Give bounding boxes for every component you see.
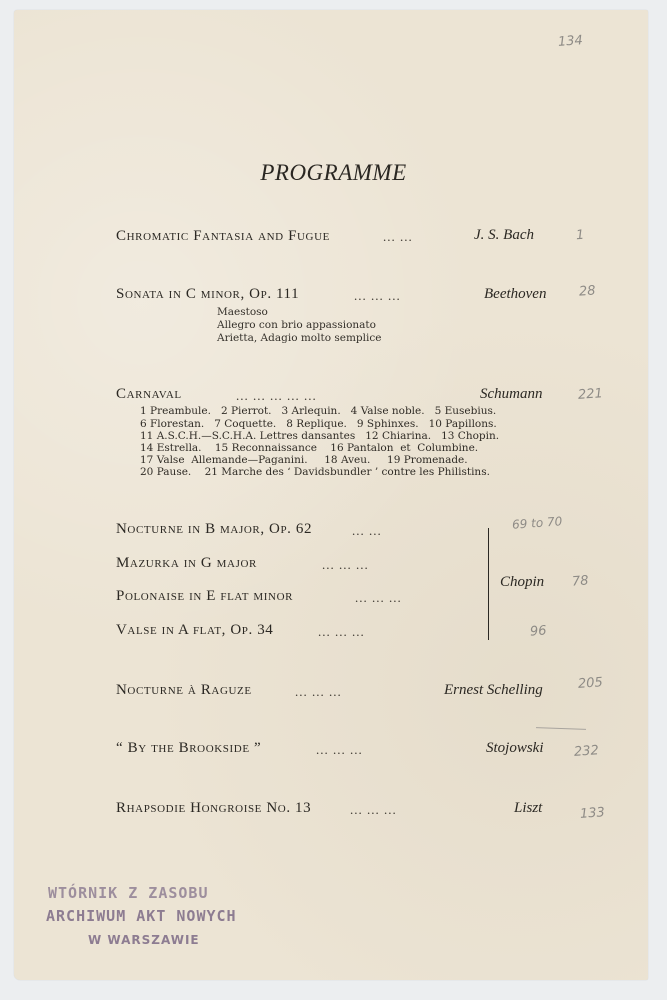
- handwritten-note: 28: [578, 283, 596, 299]
- leader-dots: ... ... ...: [354, 288, 401, 304]
- composer-name: Beethoven: [484, 286, 546, 303]
- composer-name: Schumann: [480, 386, 543, 403]
- carnaval-section-line: 11 A.S.C.H.—S.C.H.A. Lettres dansantes 1…: [140, 430, 499, 442]
- handwritten-note: 221: [578, 386, 604, 403]
- handwritten-note: 133: [580, 805, 606, 822]
- composer-name: Stojowski: [486, 740, 544, 757]
- carnaval-section-line: 1 Preambule. 2 Pierrot. 3 Arlequin. 4 Va…: [140, 405, 496, 417]
- piece-title: Nocturne à Raguze: [116, 682, 252, 699]
- archive-stamp-line: W WARSZAWIE: [88, 933, 200, 947]
- handwritten-note: 1: [575, 228, 584, 244]
- movement: Arietta, Adagio molto semplice: [217, 332, 381, 345]
- leader-dots: ... ... ...: [322, 557, 369, 573]
- piece-title: Nocturne in B major, Op. 62: [116, 521, 312, 538]
- composer-name: Liszt: [514, 800, 542, 817]
- piece-title: Mazurka in G major: [116, 555, 257, 572]
- handwritten-note: 78: [571, 573, 589, 589]
- handwritten-note: 96: [529, 623, 547, 639]
- archive-stamp-line: WTÓRNIK Z ZASOBU: [48, 884, 209, 902]
- handwritten-note: 232: [574, 743, 600, 760]
- movement: Maestoso: [217, 306, 268, 319]
- handwritten-note: 205: [578, 675, 604, 692]
- piece-title: “ By the Brookside ”: [116, 740, 261, 757]
- piece-title: Carnaval: [116, 386, 182, 403]
- leader-dots: ... ... ...: [318, 624, 365, 640]
- leader-dots: ... ...: [383, 229, 413, 245]
- leader-dots: ... ... ...: [355, 590, 402, 606]
- leader-dots: ... ...: [352, 523, 382, 539]
- carnaval-section-line: 6 Florestan. 7 Coquette. 8 Replique. 9 S…: [140, 418, 497, 430]
- piece-title: Polonaise in E flat minor: [116, 588, 293, 605]
- archive-stamp-line: ARCHIWUM AKT NOWYCH: [46, 907, 237, 925]
- handwritten-page-number: 134: [558, 33, 584, 50]
- programme-sheet: [14, 10, 648, 980]
- carnaval-section-line: 14 Estrella. 15 Reconnaissance 16 Pantal…: [140, 442, 478, 454]
- piece-title: Chromatic Fantasia and Fugue: [116, 228, 330, 245]
- piece-title: Sonata in C minor, Op. 111: [116, 286, 299, 303]
- leader-dots: ... ... ...: [295, 684, 342, 700]
- piece-title: Valse in A flat, Op. 34: [116, 622, 273, 639]
- page-title: PROGRAMME: [0, 160, 667, 186]
- composer-name: J. S. Bach: [474, 227, 534, 244]
- carnaval-section-line: 20 Pause. 21 Marche des ‘ Davidsbundler …: [140, 466, 490, 478]
- leader-dots: ... ... ...: [350, 802, 397, 818]
- composer-name: Chopin: [500, 574, 544, 591]
- carnaval-section-line: 17 Valse Allemande—Paganini. 18 Aveu. 19…: [140, 454, 468, 466]
- movement: Allegro con brio appassionato: [217, 319, 376, 332]
- composer-name: Ernest Schelling: [444, 682, 543, 699]
- leader-dots: ... ... ...: [316, 742, 363, 758]
- chopin-group-brace: [488, 528, 499, 640]
- piece-title: Rhapsodie Hongroise No. 13: [116, 800, 311, 817]
- leader-dots: ... ... ... ... ...: [236, 388, 317, 404]
